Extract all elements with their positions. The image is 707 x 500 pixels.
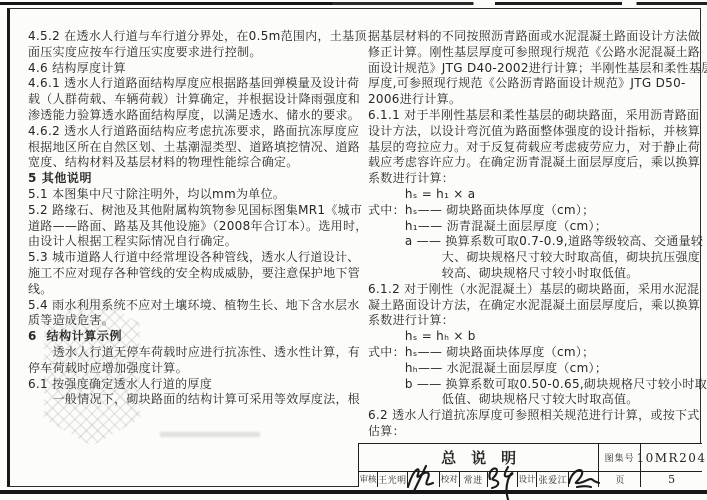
design-signature — [568, 472, 598, 487]
text-line: 停车荷载时应增加强度计算。 — [28, 361, 362, 377]
section-heading: 5 其他说明 — [28, 171, 362, 187]
text-line: 施工不应对现存各种管线的安全构成威胁，要注意保护地下管 — [28, 266, 362, 282]
title-block: 总 说 明 图集号 10MR204 审核 王光明 校对 常进 设计 — [358, 443, 702, 487]
page-label: 页 — [598, 472, 640, 487]
text-line: 6.1.2 对于刚性（水泥混凝土）基层的砌块路面，采用水泥混 — [368, 282, 704, 298]
page-number: 5 — [640, 472, 702, 487]
review-signature — [407, 472, 439, 487]
text-line: 面设计规范》JTG D40-2002进行计算；半刚性基层和柔性基层 — [368, 61, 704, 77]
text-line: 6.2 透水人行道抗冻厚度可参照相关规范进行计算，或按下式 — [368, 408, 704, 424]
section-heading: 6 结构计算示例 — [28, 329, 362, 345]
text-line: 4.6.2 透水人行道路面结构应考虑抗冻要求，路面抗冻厚度应 — [28, 124, 362, 140]
text-line: 估算： — [368, 424, 704, 440]
text-line: 系数进行计算： — [368, 313, 704, 329]
text-line: 面压实度应按车行道压实度要求进行控制。 — [28, 45, 362, 61]
text-line: 修正计算。刚性基层厚度可参照现行规范《公路水泥混凝土路 — [368, 45, 704, 61]
text-line: 根据地区所在自然区划、土基潮湿类型、道路填挖情况、道路 — [28, 140, 362, 156]
left-text-column: 4.5.2 在透水人行道与车行道分界处，在0.5m范围内，土基顶 面压实度应按车… — [28, 29, 362, 408]
text-line: 一般情况下，砌块路面的结构计算可采用等效厚度法，根 — [28, 392, 362, 408]
text-line: 宽度、结构材料及基层材料的物理性能综合确定。 — [28, 155, 362, 171]
text-line: 较高、砌块规格尺寸较小时取低值。 — [368, 266, 704, 282]
handwritten-signature-icon — [482, 463, 522, 500]
text-line: 式中：hₛ—— 砌块路面块体厚度（cm）； — [368, 203, 704, 219]
formula-line: hₛ = hₕ × b — [368, 329, 704, 345]
text-line: 系数进行计算： — [368, 171, 704, 187]
text-line: 线。 — [28, 282, 362, 298]
proof-signature — [487, 472, 517, 487]
text-line: 5.1 本图集中尺寸除注明外，均以mm为单位。 — [28, 187, 362, 203]
text-line: 载应考虑容许应力。在确定沥青混凝土面层厚度后，乘以换算 — [368, 155, 704, 171]
text-line: 4.5.2 在透水人行道与车行道分界处，在0.5m范围内，土基顶 — [28, 29, 362, 45]
atlas-number-value: 10MR204 — [640, 444, 702, 471]
text-line: 质等造成危害。 — [28, 313, 362, 329]
text-line: 据基层材料的不同按照沥青路面或水泥混凝土路面设计方法做 — [368, 29, 704, 45]
text-line: 5.3 城市道路人行道中经常埋设各种管线，透水人行道设计、 — [28, 250, 362, 266]
text-line: 渗透能力验算透水路面结构厚度，以满足透水、储水的要求。 — [28, 108, 362, 124]
scan-edge-top — [0, 2, 707, 5]
text-line: 透水人行道无停车荷载时应进行抗冻性、透水性计算，有 — [28, 345, 362, 361]
handwritten-signature-icon — [563, 463, 603, 491]
formula-line: hₛ = h₁ × a — [368, 187, 704, 203]
text-line: 5.2 路缘石、树池及其他附属构筑物参见国标图集MR1《城市 — [28, 203, 362, 219]
text-line: h₁—— 沥青混凝土面层厚度（cm）； — [368, 219, 704, 235]
text-line: 式中：hₛ—— 砌块路面块体厚度（cm）； — [368, 345, 704, 361]
text-line: 大、砌块规格尺寸较大时取高值，砌块抗压强度 — [368, 250, 704, 266]
text-line: 6.1.1 对于半刚性基层和柔性基层的砌块路面，采用沥青路面 — [368, 108, 704, 124]
text-line: 4.6 结构厚度计算 — [28, 61, 362, 77]
text-line: b —— 换算系数可取0.50-0.65,砌块规格尺寸较小时取 — [368, 377, 704, 393]
text-line: 基层的弯拉应力。对于反复荷载应考虑疲劳应力，对于静止荷 — [368, 140, 704, 156]
text-line: 2006进行计算。 — [368, 92, 704, 108]
atlas-number-label: 图集号 — [598, 444, 640, 471]
title-block-row-2: 审核 王光明 校对 常进 设计 张爱江 — [359, 471, 702, 487]
text-line: 道路——路面、路基及其他设施》（2008年合订本）。选用时， — [28, 219, 362, 235]
text-line: 低值、砌块规格尺寸较大时取高值。 — [368, 392, 704, 408]
sheet-title: 总 说 明 — [359, 444, 598, 471]
handwritten-signature-icon — [402, 463, 446, 493]
text-line: 5.4 雨水利用系统不应对土壤环境、植物生长、地下含水层水 — [28, 298, 362, 314]
text-line: 厚度,可参照现行规范《公路沥青路面设计规范》JTG D50- — [368, 76, 704, 92]
review-label: 审核 — [359, 472, 377, 487]
text-line: hₕ—— 水泥混凝土面层厚度（cm）； — [368, 361, 704, 377]
text-line: 6.1 按强度确定透水人行道的厚度 — [28, 377, 362, 393]
text-line: 由设计人根据工程实际情况自行确定。 — [28, 234, 362, 250]
right-text-column: 据基层材料的不同按照沥青路面或水泥混凝土路面设计方法做 修正计算。刚性基层厚度可… — [368, 29, 704, 440]
text-line: 凝土路面设计方法，在确定水泥混凝土面层厚度后，乘以换算 — [368, 298, 704, 314]
text-line: 4.6.1 透水人行道路面结构厚度应根据路基回弹模量及设计荷 — [28, 76, 362, 92]
text-line: 设计方法，以设计弯沉值为路面整体强度的设计指标，并核算 — [368, 124, 704, 140]
text-line: a —— 换算系数可取0.7-0.9,道路等级较高、交通量较 — [368, 234, 704, 250]
document-page: 4.5.2 在透水人行道与车行道分界处，在0.5m范围内，土基顶 面压实度应按车… — [0, 0, 707, 500]
text-line: 载（人群荷载、车辆荷载）计算确定，并根据设计降雨强度和 — [28, 92, 362, 108]
